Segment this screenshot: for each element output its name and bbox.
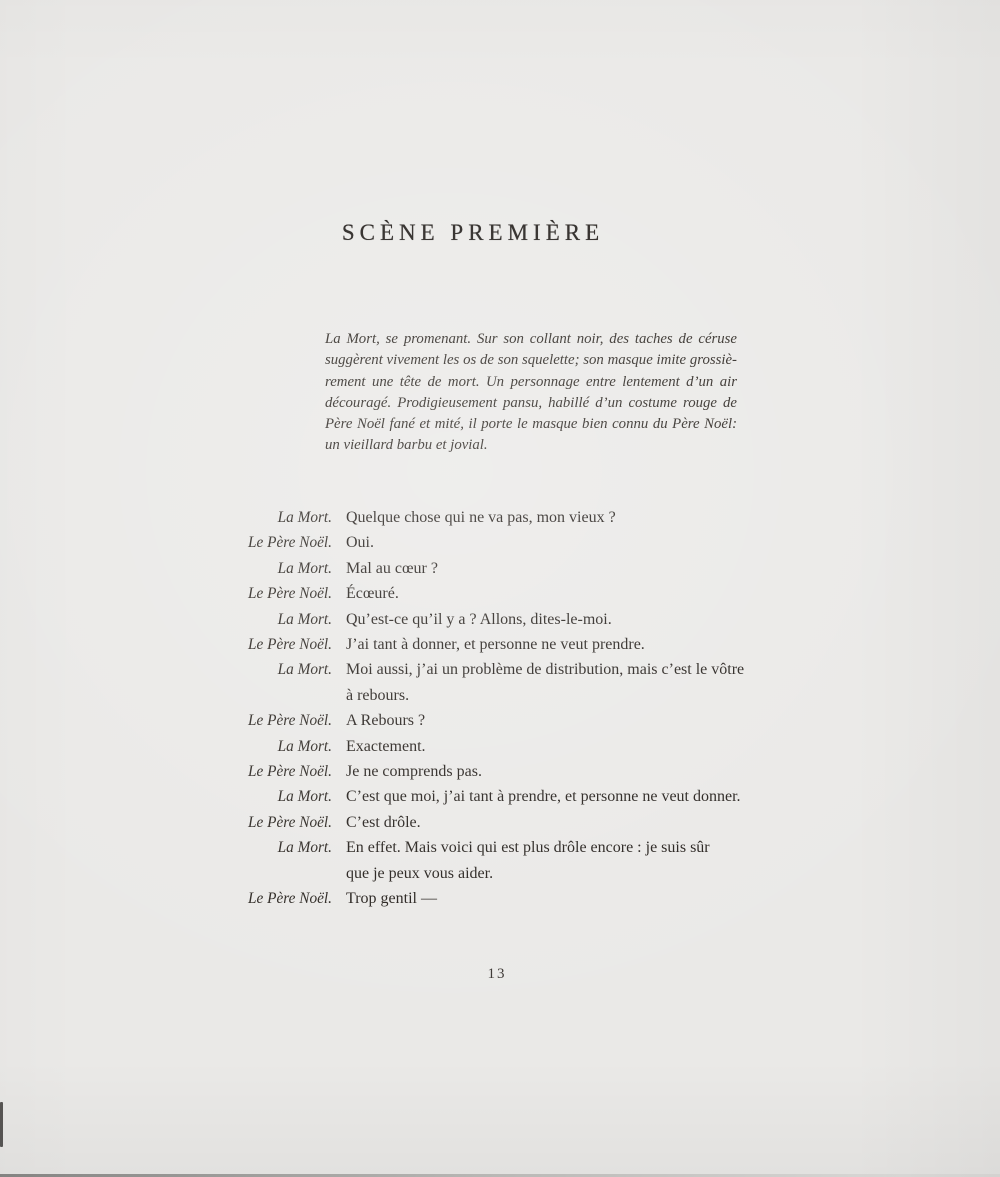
stage-direction-line: découragé. Prodigieusement pansu, habill…: [325, 393, 737, 414]
speaker-label: Le Père Noël.: [232, 810, 332, 835]
dialogue-row: Le Père Noël. Oui.: [232, 530, 872, 555]
speaker-label: La Mort.: [232, 607, 332, 632]
speaker-label: Le Père Noël.: [232, 581, 332, 606]
dialogue-text: Oui.: [346, 530, 374, 555]
dialogue-text: Exactement.: [346, 734, 426, 759]
dialogue-text: Moi aussi, j’ai un problème de distribut…: [346, 657, 744, 708]
page-title: SCÈNE PREMIÈRE: [0, 220, 946, 246]
scan-left-edge-mark: [0, 1102, 3, 1147]
stage-direction-line: suggèrent vivement les os de son squelet…: [325, 350, 737, 371]
dialogue-row: Le Père Noël. Trop gentil —: [232, 886, 872, 911]
speaker-label: La Mort.: [232, 657, 332, 682]
stage-direction-line: La Mort, se promenant. Sur son collant n…: [325, 329, 737, 350]
dialogue-row: Le Père Noël. J’ai tant à donner, et per…: [232, 632, 872, 657]
dialogue-row: La Mort. En effet. Mais voici qui est pl…: [232, 835, 872, 886]
dialogue-text: Quelque chose qui ne va pas, mon vieux ?: [346, 505, 616, 530]
dialogue-row: La Mort. Mal au cœur ?: [232, 556, 872, 581]
dialogue-row: Le Père Noël. C’est drôle.: [232, 810, 872, 835]
speaker-label: La Mort.: [232, 505, 332, 530]
dialogue-row: Le Père Noël. Écœuré.: [232, 581, 872, 606]
speaker-label: La Mort.: [232, 734, 332, 759]
dialogue-row: La Mort. Exactement.: [232, 734, 872, 759]
dialogue-text: En effet. Mais voici qui est plus drôle …: [346, 835, 710, 886]
stage-direction: La Mort, se promenant. Sur son collant n…: [325, 329, 737, 457]
dialogue-row: Le Père Noël. Je ne comprends pas.: [232, 759, 872, 784]
dialogue-text: Écœuré.: [346, 581, 399, 606]
scanned-book-page: SCÈNE PREMIÈRE La Mort, se promenant. Su…: [0, 0, 1000, 1177]
dialogue-text: C’est que moi, j’ai tant à prendre, et p…: [346, 784, 741, 809]
page-number: 13: [0, 966, 994, 983]
dialogue-row: La Mort. Qu’est-ce qu’il y a ? Allons, d…: [232, 607, 872, 632]
dialogue-text: Mal au cœur ?: [346, 556, 438, 581]
stage-direction-line: Père Noël fané et mité, il porte le masq…: [325, 414, 737, 435]
speaker-label: Le Père Noël.: [232, 759, 332, 784]
dialogue-text: C’est drôle.: [346, 810, 421, 835]
dialogue-text: Trop gentil —: [346, 886, 437, 911]
dialogue-text: Je ne comprends pas.: [346, 759, 482, 784]
speaker-label: Le Père Noël.: [232, 886, 332, 911]
stage-direction-line: un vieillard barbu et jovial.: [325, 435, 737, 456]
dialogue-row: La Mort. Moi aussi, j’ai un problème de …: [232, 657, 872, 708]
dialogue-row: La Mort. C’est que moi, j’ai tant à pren…: [232, 784, 872, 809]
speaker-label: Le Père Noël.: [232, 530, 332, 555]
speaker-label: La Mort.: [232, 556, 332, 581]
dialogue-block: La Mort. Quelque chose qui ne va pas, mo…: [232, 505, 872, 912]
speaker-label: La Mort.: [232, 835, 332, 860]
dialogue-text: A Rebours ?: [346, 708, 425, 733]
stage-direction-line: rement une tête de mort. Un personnage e…: [325, 372, 737, 393]
dialogue-text: J’ai tant à donner, et personne ne veut …: [346, 632, 645, 657]
speaker-label: La Mort.: [232, 784, 332, 809]
dialogue-row: Le Père Noël. A Rebours ?: [232, 708, 872, 733]
speaker-label: Le Père Noël.: [232, 632, 332, 657]
dialogue-row: La Mort. Quelque chose qui ne va pas, mo…: [232, 505, 872, 530]
dialogue-text: Qu’est-ce qu’il y a ? Allons, dites-le-m…: [346, 607, 612, 632]
speaker-label: Le Père Noël.: [232, 708, 332, 733]
